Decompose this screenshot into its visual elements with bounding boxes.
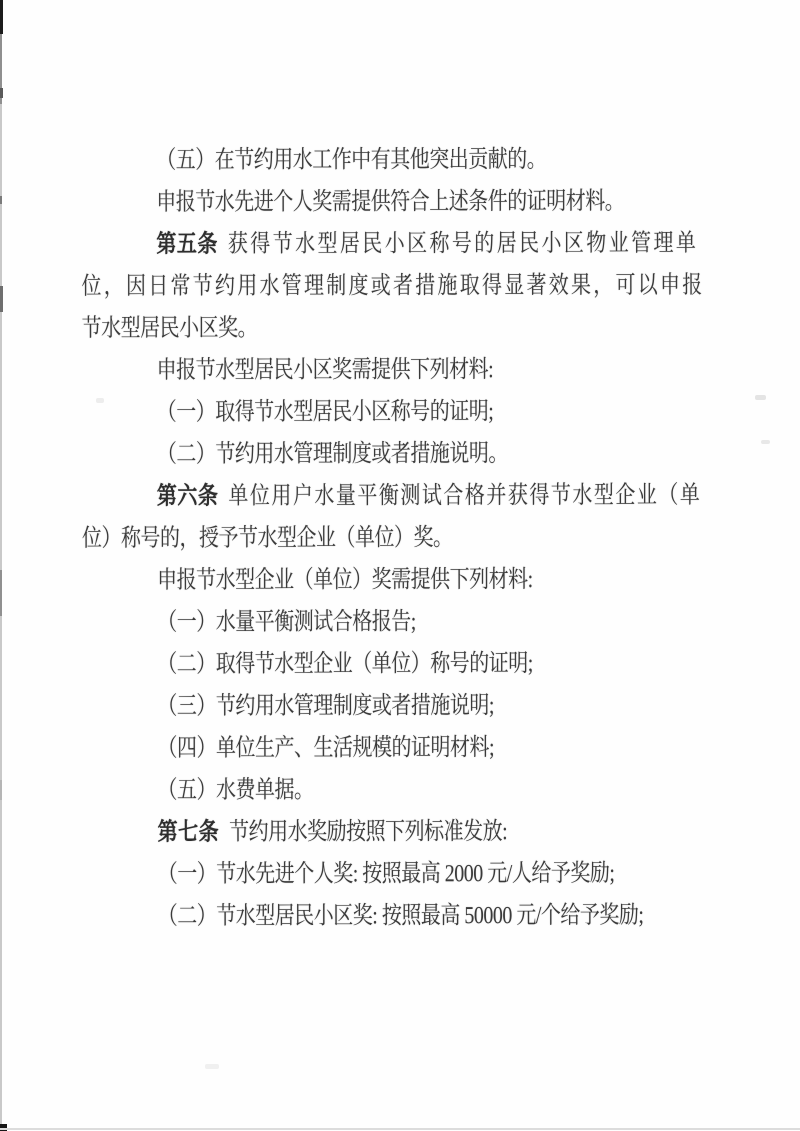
scan-speck	[761, 440, 770, 444]
scan-edge-artifact	[0, 0, 2, 1131]
text-line: （二）节水型居民小区奖: 按照最高 50000 元/个给予奖励;	[83, 890, 709, 943]
scan-edge-artifact	[0, 196, 2, 204]
article-text: 获得节水型居民小区称号的居民小区物业管理单	[228, 230, 698, 258]
article-number: 第五条	[156, 231, 218, 258]
scan-edge-artifact	[0, 1128, 800, 1130]
scan-edge-artifact	[0, 570, 2, 616]
article-number: 第六条	[157, 483, 219, 510]
scan-edge-artifact	[0, 0, 3, 34]
scan-edge-artifact	[0, 88, 3, 98]
scan-edge-artifact	[0, 780, 2, 800]
scan-edge-artifact	[0, 286, 3, 312]
article-number: 第七条	[158, 819, 220, 846]
scanned-document-page: （五）在节约用水工作中有其他突出贡献的。 申报节水先进个人奖需提供符合上述条件的…	[0, 0, 800, 1131]
scan-speck	[96, 398, 104, 403]
document-text-block: （五）在节约用水工作中有其他突出贡献的。 申报节水先进个人奖需提供符合上述条件的…	[81, 138, 709, 937]
article-text: 单位用户水量平衡测试合格并获得节水型企业（单	[228, 482, 701, 510]
scan-speck	[755, 395, 766, 400]
scan-speck	[205, 1064, 219, 1069]
article-text: 节约用水奖励按照下列标准发放:	[229, 818, 507, 845]
